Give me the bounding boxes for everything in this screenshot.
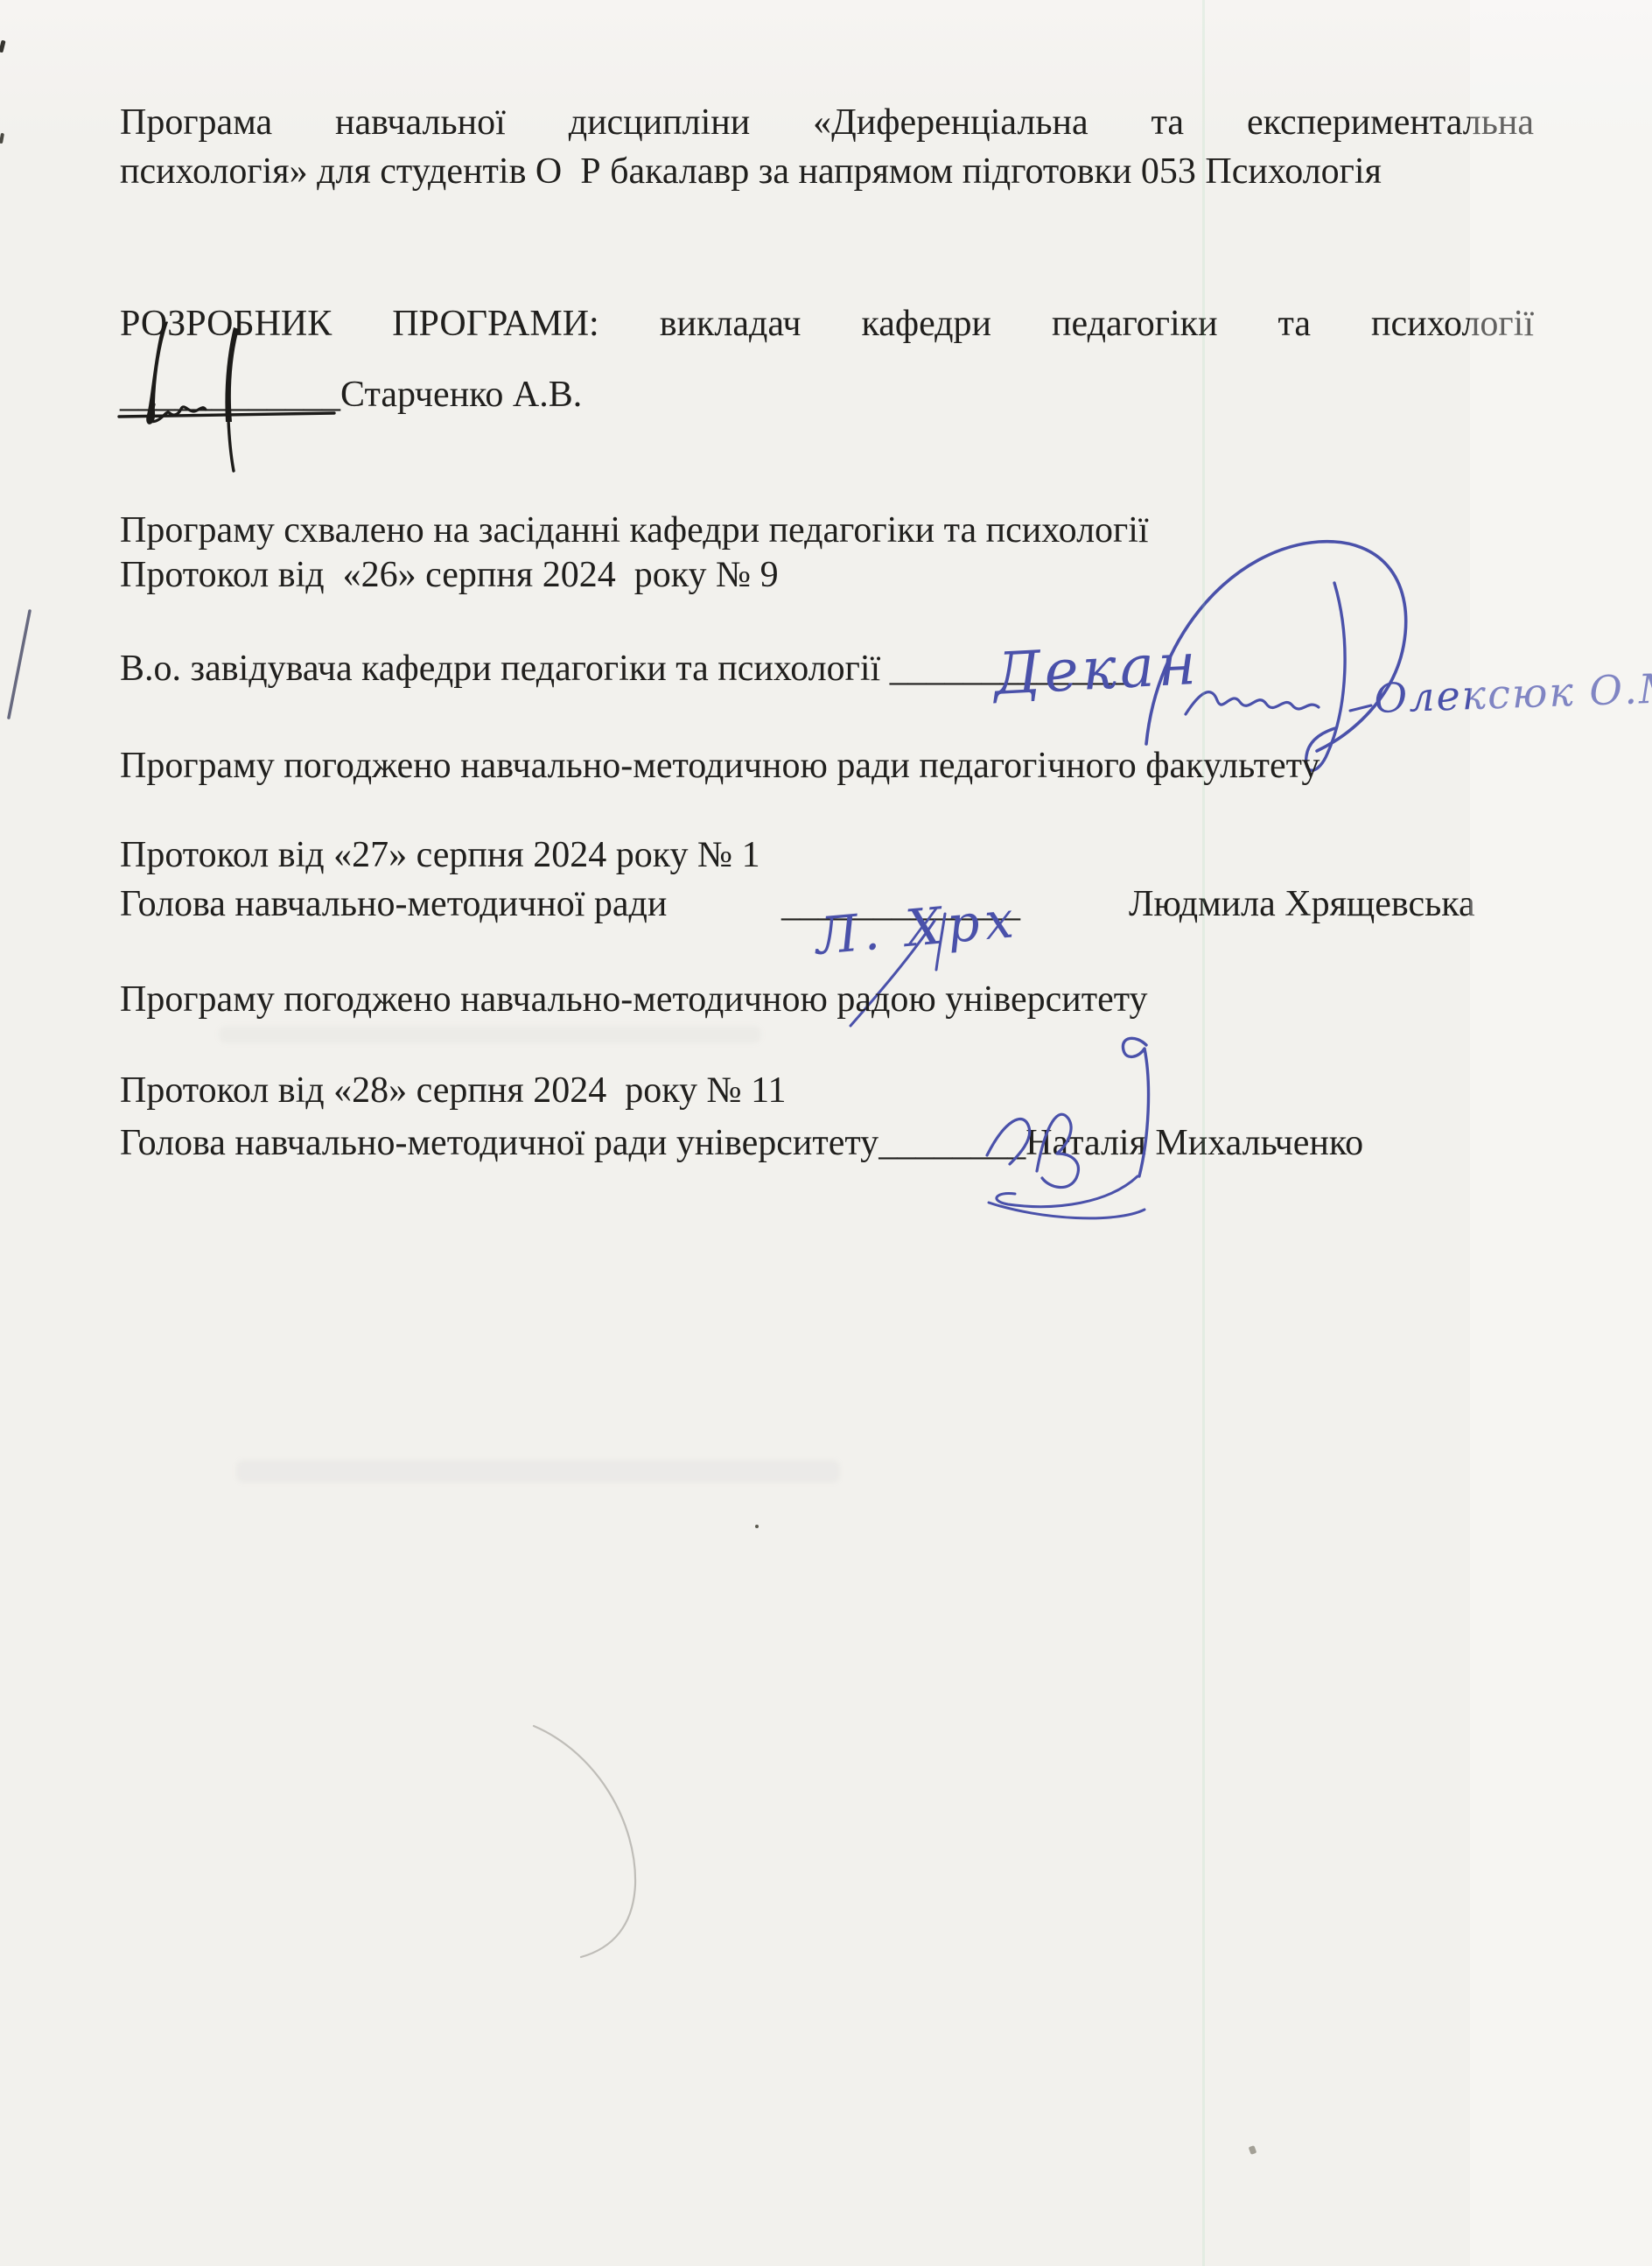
council-head-label: Голова навчально-методичної ради <box>120 881 667 927</box>
bleed-through-ghost-band <box>236 1460 840 1483</box>
dean-handwritten-word: Декан <box>990 630 1201 708</box>
faint-pencil-arc <box>514 1714 654 1968</box>
bleed-through-ghost-band <box>219 1026 761 1043</box>
university-head-ink-signature <box>936 1031 1199 1228</box>
dust-speck <box>1249 2145 1257 2155</box>
university-head-label: Голова навчально-методичної ради універс… <box>120 1123 878 1163</box>
margin-pen-slash <box>0 606 39 724</box>
developer-ink-signature <box>114 317 359 479</box>
acting-head-label: В.о. завідувача кафедри педагогіки та пс… <box>120 649 890 689</box>
scan-edge-speck <box>0 40 6 53</box>
university-head-row: Голова навчально-методичної ради універс… <box>120 1120 1534 1166</box>
scanner-light-strip <box>1470 0 1652 2266</box>
course-program-title-line-2: психологія» для студентів О Р бакалавр з… <box>120 147 1534 196</box>
council-head-name: Людмила Хрящевська <box>1129 881 1475 927</box>
protocol-line-28: Протокол від «28» серпня 2024 року № 11 <box>120 1068 1534 1113</box>
dust-speck <box>755 1525 759 1528</box>
scanner-streak <box>1202 0 1205 2266</box>
council-head-initials: Л. Хрх <box>810 889 1020 966</box>
agreed-by-university-line: Програму погоджено навчально-методичною … <box>120 977 1534 1022</box>
scan-edge-speck <box>0 133 4 144</box>
scanned-document-page: Програма навчальної дисципліни «Диференц… <box>0 0 1652 2266</box>
agreed-by-faculty-line: Програму погоджено навчально-методичною … <box>120 743 1534 789</box>
developer-name: Старченко А.В. <box>340 375 582 415</box>
